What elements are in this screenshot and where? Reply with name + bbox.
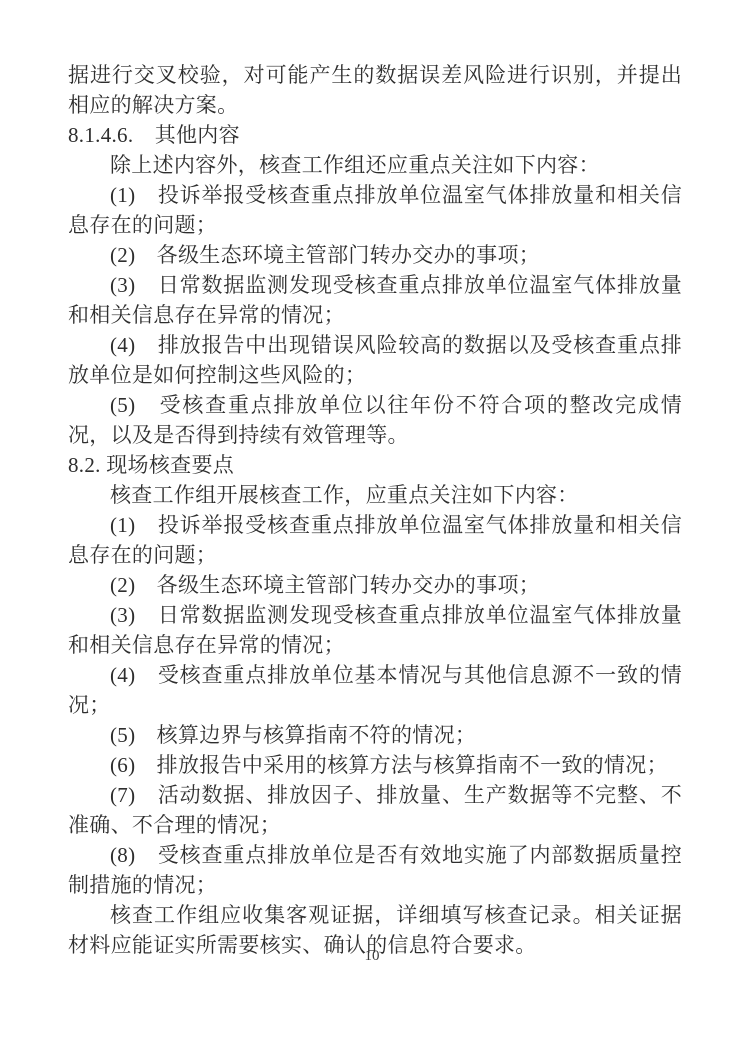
list-item-2-5: (5) 核算边界与核算指南不符的情况； [68,720,682,750]
list-item-5: (5) 受核查重点排放单位以往年份不符合项的整改完成情况，以及是否得到持续有效管… [68,390,682,450]
list-item-2-3: (3) 日常数据监测发现受核查重点排放单位温室气体排放量和相关信息存在异常的情况… [68,600,682,660]
list-item-2-4: (4) 受核查重点排放单位基本情况与其他信息源不一致的情况； [68,660,682,720]
page-number: 10 [0,948,744,965]
list-item-1: (1) 投诉举报受核查重点排放单位温室气体排放量和相关信息存在的问题； [68,180,682,240]
list-item-2-6: (6) 排放报告中采用的核算方法与核算指南不一致的情况； [68,750,682,780]
heading-8-1-4-6: 8.1.4.6. 其他内容 [68,120,682,150]
list-item-4: (4) 排放报告中出现错误风险较高的数据以及受核查重点排放单位是如何控制这些风险… [68,330,682,390]
list-item-2: (2) 各级生态环境主管部门转办交办的事项； [68,240,682,270]
list-item-2-1: (1) 投诉举报受核查重点排放单位温室气体排放量和相关信息存在的问题； [68,510,682,570]
paragraph-intro: 除上述内容外，核查工作组还应重点关注如下内容： [68,150,682,180]
heading-8-2: 8.2. 现场核查要点 [68,450,682,480]
list-item-2-7: (7) 活动数据、排放因子、排放量、生产数据等不完整、不准确、不合理的情况； [68,780,682,840]
page-content: 据进行交叉校验，对可能产生的数据误差风险进行识别，并提出相应的解决方案。 8.1… [68,60,682,960]
paragraph-continuation: 据进行交叉校验，对可能产生的数据误差风险进行识别，并提出相应的解决方案。 [68,60,682,120]
list-item-2-8: (8) 受核查重点排放单位是否有效地实施了内部数据质量控制措施的情况； [68,840,682,900]
list-item-3: (3) 日常数据监测发现受核查重点排放单位温室气体排放量和相关信息存在异常的情况… [68,270,682,330]
paragraph-intro-2: 核查工作组开展核查工作，应重点关注如下内容： [68,480,682,510]
document-page: 据进行交叉校验，对可能产生的数据误差风险进行识别，并提出相应的解决方案。 8.1… [0,0,744,1052]
list-item-2-2: (2) 各级生态环境主管部门转办交办的事项； [68,570,682,600]
